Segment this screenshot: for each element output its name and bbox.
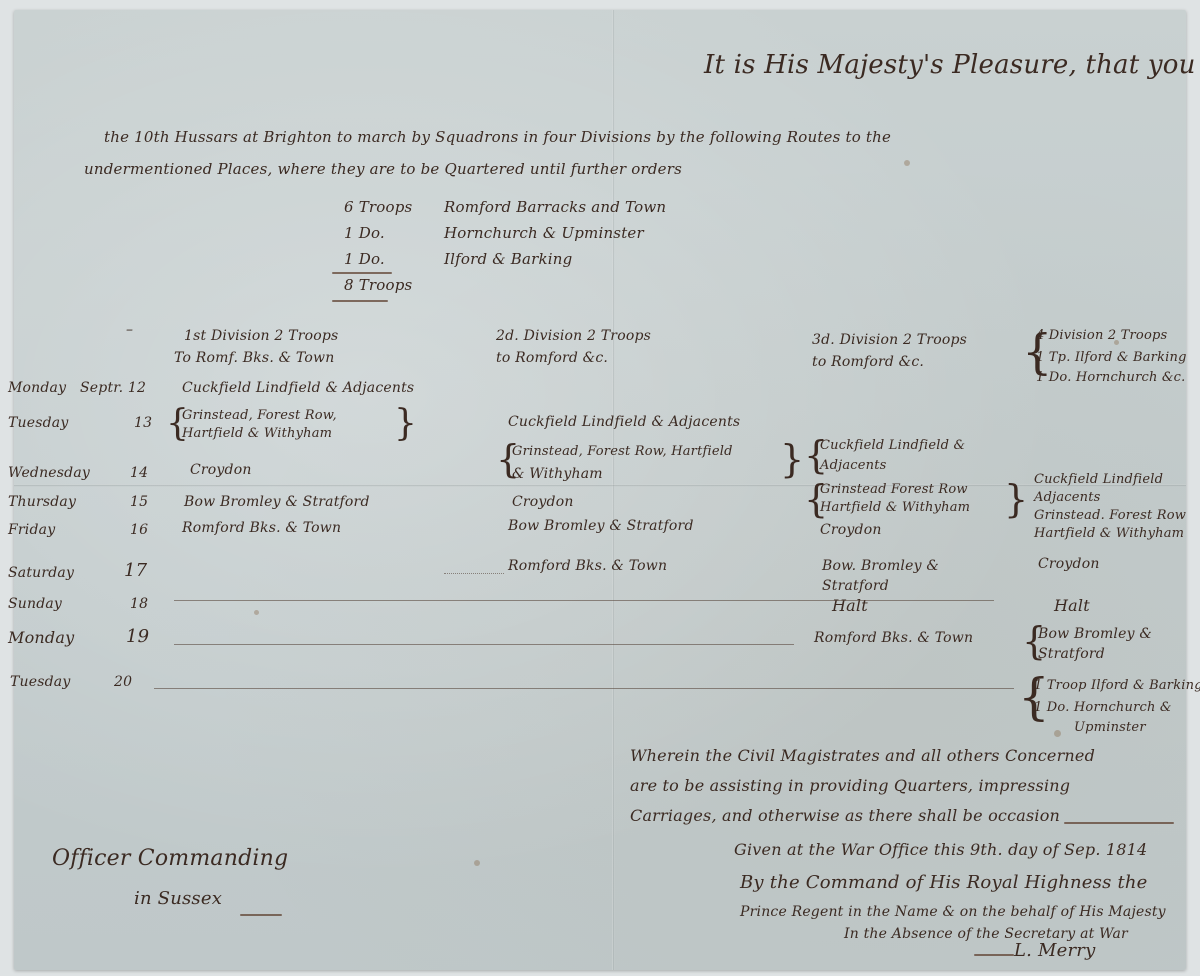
route-cell: Bow Bromley & Stratford [508, 518, 694, 534]
closing-line-3: Carriages, and otherwise as there shall … [630, 806, 1060, 825]
brace: } [394, 406, 417, 442]
vertical-fold [612, 10, 615, 970]
route-cell: Hartfield & Withyham [1034, 526, 1184, 541]
route-cell: Cuckfield Lindfield & Adjacents [508, 414, 740, 430]
date-label: 15 [130, 494, 148, 510]
document-heading: It is His Majesty's Pleasure, that you c… [704, 50, 1200, 80]
margin-mark: – [126, 322, 133, 338]
division-2-destination: to Romford &c. [496, 350, 608, 366]
quarters-place: Romford Barracks and Town [444, 198, 666, 216]
command-line-1: By the Command of His Royal Highness the [740, 872, 1148, 893]
date-label: 13 [134, 415, 152, 431]
route-cell: Halt [1054, 596, 1090, 615]
date-label: Septr. 12 [80, 380, 146, 396]
division-4-route-a: 1 Tp. Ilford & Barking [1036, 350, 1187, 365]
route-cell: Bow Bromley & Stratford [184, 494, 370, 510]
day-label: Thursday [8, 494, 76, 510]
quarters-count: 1 Do. [344, 224, 385, 242]
document-sheet: It is His Majesty's Pleasure, that you c… [14, 10, 1186, 970]
quarters-total: 8 Troops [344, 276, 412, 294]
route-cell: Cuckfield Lindfield & Adjacents [182, 380, 414, 396]
date-label: 17 [124, 560, 147, 581]
quarters-place: Ilford & Barking [444, 250, 572, 268]
date-label: 19 [126, 626, 149, 647]
division-4-route-b: 1 Do. Hornchurch &c. [1036, 370, 1185, 385]
route-cell: Grinstead Forest Row [820, 482, 968, 497]
date-label: 14 [130, 465, 148, 481]
route-cell: Croydon [820, 522, 882, 538]
route-cell: Halt [832, 596, 868, 615]
day-label: Sunday [8, 596, 62, 612]
division-4-header: 4 Division 2 Troops [1036, 328, 1167, 343]
brace: } [780, 440, 804, 478]
continuation-line [154, 688, 1014, 689]
route-cell: Croydon [190, 462, 252, 478]
route-cell: 1 Troop Ilford & Barking [1034, 678, 1200, 693]
day-label: Monday [8, 628, 74, 647]
closing-line-1: Wherein the Civil Magistrates and all ot… [630, 746, 1095, 765]
day-label: Wednesday [8, 465, 90, 481]
day-label: Tuesday [8, 415, 68, 431]
route-cell: Stratford [1038, 646, 1105, 662]
route-cell: Upminster [1074, 720, 1146, 735]
sum-rule [332, 272, 392, 274]
intro-line-2: undermentioned Places, where they are to… [84, 160, 682, 178]
date-label: 20 [114, 674, 132, 690]
route-cell: Romford Bks. & Town [182, 520, 341, 536]
brace: } [1004, 480, 1028, 518]
day-label: Monday [8, 380, 66, 396]
route-cell: Cuckfield Lindfield [1034, 472, 1163, 487]
division-3-header: 3d. Division 2 Troops [812, 332, 967, 348]
quarters-place: Hornchurch & Upminster [444, 224, 644, 242]
route-cell: Adjacents [1034, 490, 1101, 505]
division-1-destination: To Romf. Bks. & Town [174, 350, 334, 366]
stain-spot [1054, 730, 1061, 737]
route-cell: Grinstead. Forest Row [1034, 508, 1186, 523]
day-label: Saturday [8, 565, 74, 581]
route-cell: Grinstead, Forest Row, [182, 408, 337, 423]
route-cell: Bow. Bromley & [822, 558, 939, 574]
intro-line-1: the 10th Hussars at Brighton to march by… [104, 128, 891, 146]
given-line: Given at the War Office this 9th. day of… [734, 840, 1147, 859]
stain-spot [904, 160, 910, 166]
continuation-line [174, 644, 794, 645]
route-cell: Croydon [1038, 556, 1100, 572]
closing-line-2: are to be assisting in providing Quarter… [630, 776, 1070, 795]
addressee-flourish [240, 914, 282, 916]
route-cell: 1 Do. Hornchurch & [1034, 700, 1172, 715]
route-cell: Romford Bks. & Town [508, 558, 667, 574]
route-cell: Cuckfield Lindfield & [820, 438, 965, 453]
stain-spot [254, 610, 259, 615]
date-label: 16 [130, 522, 148, 538]
flourish-rule [1064, 822, 1174, 824]
signature-flourish [974, 954, 1014, 956]
day-label: Tuesday [10, 674, 70, 690]
route-cell: Hartfield & Withyham [820, 500, 970, 515]
route-cell: & Withyham [512, 466, 603, 482]
command-line-2: Prince Regent in the Name & on the behal… [740, 904, 1166, 920]
continuation-line [174, 600, 994, 601]
date-label: 18 [130, 596, 148, 612]
quarters-count: 1 Do. [344, 250, 385, 268]
division-1-header: 1st Division 2 Troops [184, 328, 338, 344]
route-cell: Croydon [512, 494, 574, 510]
day-label: Friday [8, 522, 55, 538]
continuation-line [444, 573, 504, 575]
sum-rule [332, 300, 388, 302]
division-2-header: 2d. Division 2 Troops [496, 328, 651, 344]
quarters-count: 6 Troops [344, 198, 412, 216]
stain-spot [474, 860, 480, 866]
route-cell: Bow Bromley & [1038, 626, 1152, 642]
route-cell: Grinstead, Forest Row, Hartfield [512, 444, 733, 459]
division-3-destination: to Romford &c. [812, 354, 924, 370]
route-cell: Stratford [822, 578, 889, 594]
route-cell: Adjacents [820, 458, 887, 473]
signature: L. Merry [1014, 940, 1095, 961]
route-cell: Hartfield & Withyham [182, 426, 332, 441]
addressee-line-1: Officer Commanding [52, 846, 288, 871]
route-cell: Romford Bks. & Town [814, 630, 973, 646]
addressee-line-2: in Sussex [134, 888, 222, 909]
